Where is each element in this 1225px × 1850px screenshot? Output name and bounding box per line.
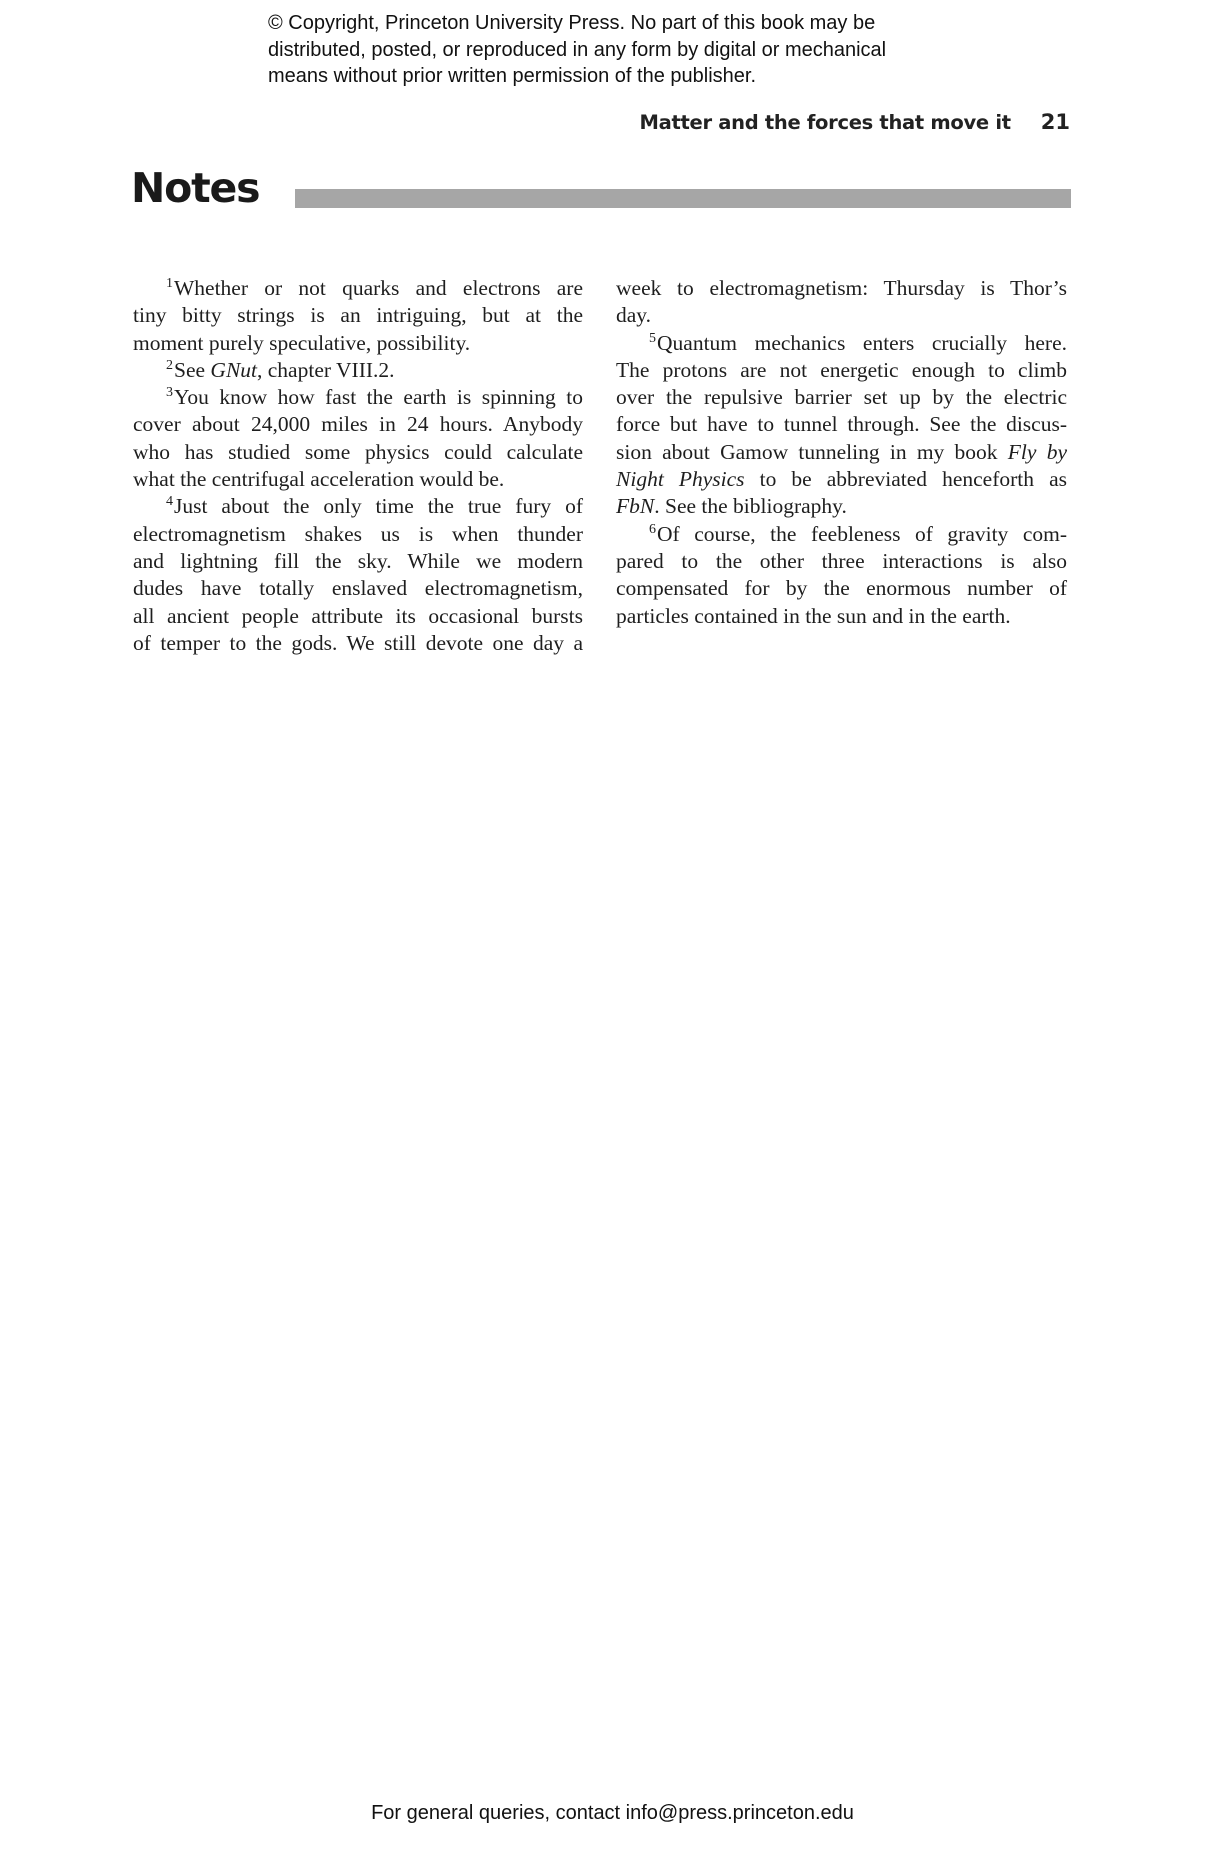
footnote-text-line: The protons are not energetic enough to … [616, 357, 1067, 384]
footnote-text-line: dudes have totally enslaved electromagne… [133, 575, 583, 602]
footnote-text: who has studied some physics could calcu… [133, 440, 583, 464]
footnote-text-line: force but have to tunnel through. See th… [616, 411, 1067, 438]
book-title-italic: GNut [210, 358, 257, 382]
footnote-text: dudes have totally enslaved electromagne… [133, 576, 583, 600]
footnote-text: particles contained in the sun and in th… [616, 604, 1011, 628]
notes-column-left: 1Whether or not quarks and electrons are… [133, 275, 583, 657]
footnote-text: You know how fast the earth is spinning … [174, 385, 583, 409]
footnote-text: moment purely speculative, possibility. [133, 331, 470, 355]
footnote-start-line: 6Of course, the feebleness of gravity co… [616, 521, 1067, 548]
section-heading-rule [295, 189, 1071, 208]
footnote-text: . See the bibliography. [654, 494, 847, 518]
footnote-text-line: over the repulsive barrier set up by the… [616, 384, 1067, 411]
footnote-text: , chapter VIII.2. [257, 358, 395, 382]
footnote-text-line: cover about 24,000 miles in 24 hours. An… [133, 411, 583, 438]
copyright-line: distributed, posted, or reproduced in an… [268, 37, 1028, 64]
footnote-start-line: 4Just about the only time the true fury … [133, 493, 583, 520]
footnote-start-line: 3You know how fast the earth is spinning… [133, 384, 583, 411]
footnote-text: all ancient people attribute its occasio… [133, 604, 583, 628]
footnote-text: day. [616, 303, 651, 327]
footnote-text: Of course, the feebleness of gravity com… [657, 522, 1067, 546]
footnote-text: cover about 24,000 miles in 24 hours. An… [133, 412, 583, 436]
footnote-text: Just about the only time the true fury o… [174, 494, 583, 518]
page-number: 21 [1041, 110, 1070, 134]
footnote-text: force but have to tunnel through. See th… [616, 412, 1067, 436]
footnote-text-line: pared to the other three interactions is… [616, 548, 1067, 575]
footnote-text: pared to the other three interactions is… [616, 549, 1067, 573]
footnote-text-line: who has studied some physics could calcu… [133, 439, 583, 466]
footnote-text-line: day. [616, 302, 1067, 329]
footnote-text-line: sion about Gamow tunneling in my book Fl… [616, 439, 1067, 466]
footnote-text-line: Night Physics to be abbreviated hencefor… [616, 466, 1067, 493]
footnote-start-line: 2See GNut, chapter VIII.2. [133, 357, 583, 384]
footer-contact: For general queries, contact info@press.… [0, 1800, 1225, 1826]
copyright-line: © Copyright, Princeton University Press.… [268, 10, 1028, 37]
footnote-number: 6 [649, 522, 656, 537]
footnote-text-line: tiny bitty strings is an intriguing, but… [133, 302, 583, 329]
footnote-start-line: 1Whether or not quarks and electrons are [133, 275, 583, 302]
footnote-text: Whether or not quarks and electrons are [174, 276, 583, 300]
running-head: Matter and the forces that move it 21 [640, 110, 1070, 138]
footnote-text-line: moment purely speculative, possibility. [133, 330, 583, 357]
section-heading: Notes [131, 164, 259, 212]
book-title-italic: Fly by [1008, 440, 1067, 464]
footnote-text: sion about Gamow tunneling in my book [616, 440, 1008, 464]
footnote-text: of temper to the gods. We still devote o… [133, 631, 583, 655]
footnote-text-line: what the centrifugal acceleration would … [133, 466, 583, 493]
footnote-text-line: of temper to the gods. We still devote o… [133, 630, 583, 657]
footnote-text: tiny bitty strings is an intriguing, but… [133, 303, 583, 327]
footnote-text-line: week to electromagnetism: Thursday is Th… [616, 275, 1067, 302]
footnote-number: 5 [649, 331, 656, 346]
book-title-italic: Night Physics [616, 467, 745, 491]
notes-column-right: week to electromagnetism: Thursday is Th… [616, 275, 1067, 630]
footnote-text: week to electromagnetism: Thursday is Th… [616, 276, 1067, 300]
footnote-number: 4 [166, 494, 173, 509]
footnote-text-line: and lightning fill the sky. While we mod… [133, 548, 583, 575]
footnote-text: over the repulsive barrier set up by the… [616, 385, 1067, 409]
footnote-text-line: compensated for by the enormous number o… [616, 575, 1067, 602]
copyright-notice: © Copyright, Princeton University Press.… [268, 10, 1028, 90]
footnote-text: compensated for by the enormous number o… [616, 576, 1067, 600]
footnote-text: electromagnetism shakes us is when thund… [133, 522, 583, 546]
footnote-number: 1 [166, 276, 173, 291]
footnote-text: Quantum mechanics enters crucially here. [657, 331, 1067, 355]
footnote-text-line: FbN. See the bibliography. [616, 493, 1067, 520]
footnote-text: what the centrifugal acceleration would … [133, 467, 504, 491]
footnote-text-line: electromagnetism shakes us is when thund… [133, 521, 583, 548]
running-head-title: Matter and the forces that move it [640, 111, 1011, 134]
footnote-text-line: particles contained in the sun and in th… [616, 603, 1067, 630]
book-title-italic: FbN [616, 494, 654, 518]
footnote-text: to be abbreviated henceforth as [745, 467, 1067, 491]
footnote-text: See [174, 358, 210, 382]
footnote-start-line: 5Quantum mechanics enters crucially here… [616, 330, 1067, 357]
footnote-text: The protons are not energetic enough to … [616, 358, 1067, 382]
footnote-number: 2 [166, 358, 173, 373]
footnote-text-line: all ancient people attribute its occasio… [133, 603, 583, 630]
footnote-number: 3 [166, 385, 173, 400]
copyright-line: means without prior written permission o… [268, 63, 1028, 90]
footnote-text: and lightning fill the sky. While we mod… [133, 549, 583, 573]
